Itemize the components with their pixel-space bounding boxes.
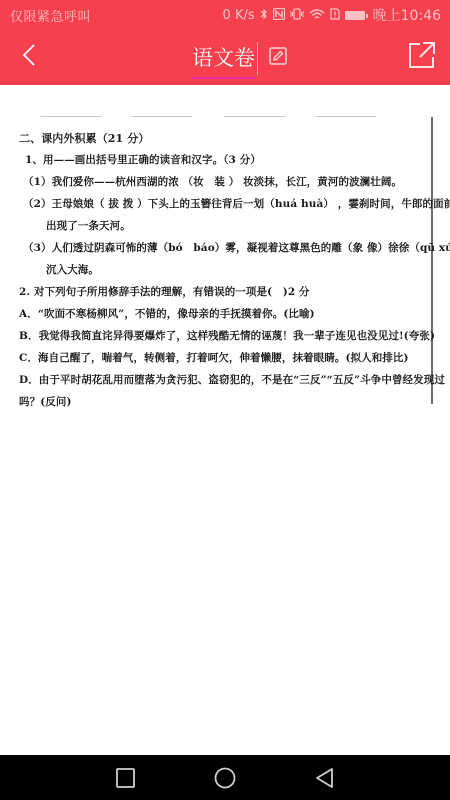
square-recents-icon bbox=[113, 775, 137, 794]
back-nav-button[interactable] bbox=[313, 766, 337, 790]
share-button[interactable] bbox=[406, 40, 438, 74]
question-1-item: （3）人们透过阴森可怖的薄（bó báo）雾，凝视着这尊黑色的雕（象 像）徐徐（… bbox=[23, 240, 450, 255]
question-2-prompt: 2. 对下列句子所用修辞手法的理解，有错误的一项是( )2 分 bbox=[19, 284, 310, 299]
carrier-label: 仅限紧急呼叫 bbox=[10, 6, 91, 25]
bluetooth-icon bbox=[260, 8, 268, 22]
question-1-item: （2）王母娘娘（ 拔 拨 ）下头上的玉簪往背后一划（huá huà） ，霎刹时间… bbox=[23, 196, 450, 211]
nfc-icon bbox=[273, 8, 285, 22]
question-2-option: C．海自己醒了，喘着气，转侧着，打着呵欠，伸着懒腰，抹着眼睛。(拟人和排比) bbox=[19, 350, 409, 365]
pencil-edit-icon bbox=[269, 47, 287, 69]
back-button[interactable] bbox=[14, 40, 44, 74]
question-1-item: （1）我们爱你——杭州西湖的浓 （妆 装 ） 妆淡抹，长江，黄河的波澜壮阔。 bbox=[23, 174, 402, 189]
page-title[interactable]: 语文卷 bbox=[192, 42, 258, 75]
question-2-option: 吗？(反问) bbox=[19, 394, 72, 409]
document-viewer[interactable]: 二、课内外积累（21 分） 1、用——画出括号里正确的读音和汉字。（3 分） （… bbox=[0, 85, 450, 755]
question-2-option: D．由于平时胡花乱用而堕落为贪污犯、盗窃犯的，不是在“三反”“五反”斗争中曾经发… bbox=[19, 372, 445, 387]
triangle-back-icon bbox=[313, 775, 337, 794]
battery-icon bbox=[345, 11, 365, 20]
sim-alert-icon bbox=[330, 8, 340, 22]
chevron-left-icon bbox=[22, 43, 36, 71]
question-1-item: 出现了一条天河。 bbox=[46, 218, 131, 233]
app-header: 语文卷 bbox=[0, 30, 450, 85]
status-bar: 仅限紧急呼叫 0 K/s 晚上10:46 bbox=[0, 0, 450, 30]
vibrate-icon bbox=[290, 8, 304, 22]
question-2-option: B．我觉得我简直诧异得要爆炸了，这样残酷无情的诬蔑！我一辈子连见也没见过!(夸张… bbox=[19, 328, 435, 343]
doc-divider bbox=[224, 116, 285, 117]
home-button[interactable] bbox=[213, 766, 237, 790]
share-external-icon bbox=[408, 41, 436, 73]
network-speed: 0 K/s bbox=[223, 8, 255, 23]
doc-divider bbox=[316, 116, 376, 117]
doc-divider bbox=[132, 116, 192, 117]
section-title: 二、课内外积累（21 分） bbox=[19, 130, 149, 146]
question-1-prompt: 1、用——画出括号里正确的读音和汉字。（3 分） bbox=[25, 152, 261, 167]
clock: 晚上10:46 bbox=[373, 5, 441, 25]
question-1-item: 沉入大海。 bbox=[46, 262, 99, 277]
doc-divider bbox=[41, 116, 101, 117]
question-2-option: A．“吹面不寒杨柳风”，不错的，像母亲的手抚摸着你。(比喻) bbox=[19, 306, 315, 321]
status-icons: 0 K/s 晚上10:46 bbox=[223, 5, 441, 25]
recents-button[interactable] bbox=[113, 766, 137, 790]
circle-home-icon bbox=[213, 775, 237, 794]
wifi-icon bbox=[309, 8, 325, 22]
title-area: 语文卷 bbox=[192, 42, 288, 74]
edit-title-button[interactable] bbox=[268, 48, 288, 68]
system-nav-bar bbox=[0, 755, 450, 800]
doc-border-line bbox=[431, 117, 433, 404]
